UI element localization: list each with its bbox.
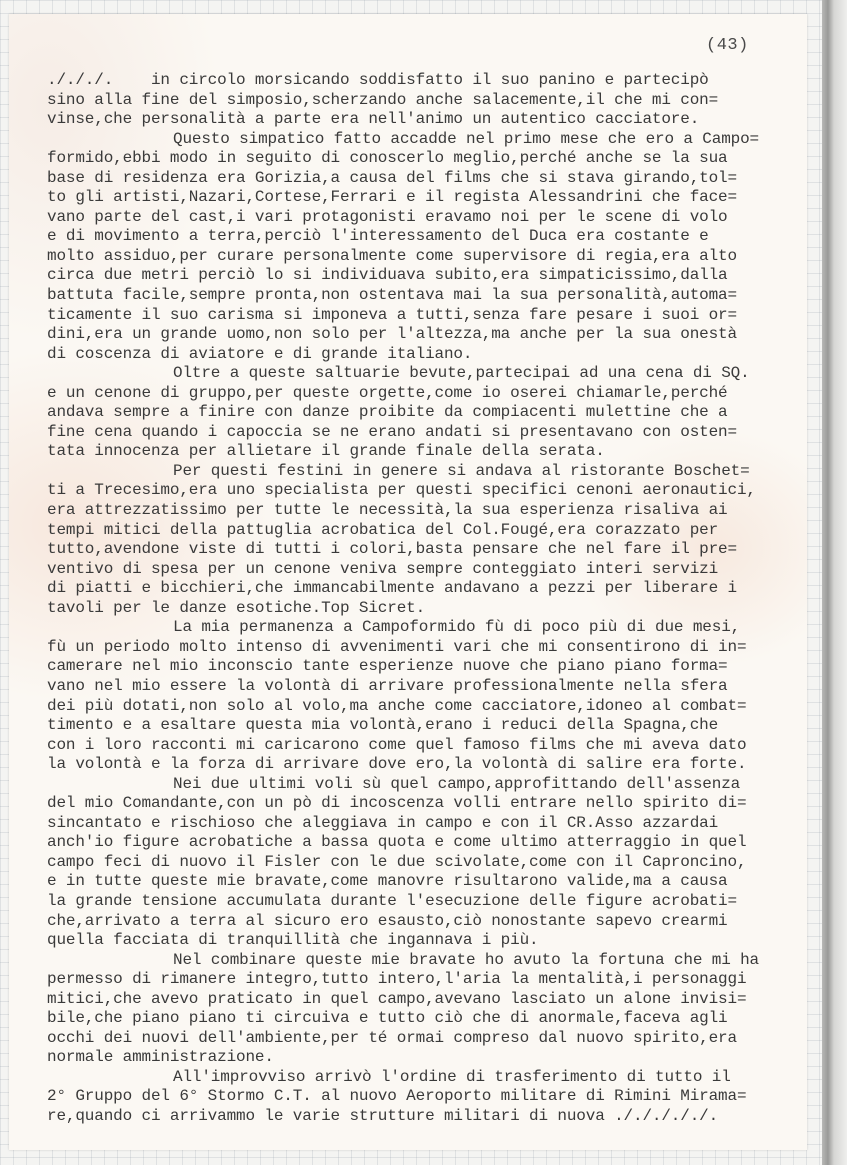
text-line: bile,che piano piano ti circuiva e tutto…: [47, 1009, 817, 1029]
text-line: andava sempre a finire con danze proibit…: [47, 403, 817, 423]
text-line: la volontà e la forza di arrivare dove e…: [47, 755, 817, 775]
text-line: tutto,avendone viste di tutti i colori,b…: [47, 540, 817, 560]
text-line: sino alla fine del simposio,scherzando a…: [47, 91, 817, 111]
text-line: e un cenone di gruppo,per queste orgette…: [47, 384, 817, 404]
text-line: vinse,che personalità a parte era nell'a…: [47, 110, 817, 130]
text-line: formido,ebbi modo in seguito di conoscer…: [47, 149, 817, 169]
text-line: con i loro racconti mi caricarono come q…: [47, 736, 817, 756]
text-line: anch'io figure acrobatiche a bassa quota…: [47, 833, 817, 853]
typewritten-page: (43) ./././. in circolo morsicando soddi…: [9, 14, 807, 1150]
text-line: base di residenza era Gorizia,a causa de…: [47, 169, 817, 189]
page-number: (43): [706, 36, 749, 55]
text-line: era attrezzatissimo per tutte le necessi…: [47, 501, 817, 521]
text-line: ventivo di spesa per un cenone veniva se…: [47, 560, 817, 580]
text-line: to gli artisti,Nazari,Cortese,Ferrari e …: [47, 188, 817, 208]
text-line: dei più dotati,non solo al volo,ma anche…: [47, 697, 817, 717]
text-line: e di movimento a terra,perciò l'interess…: [47, 227, 817, 247]
text-line: di piatti e bicchieri,che immancabilment…: [47, 579, 817, 599]
text-line: tavoli per le danze esotiche.Top Sicret.: [47, 599, 817, 619]
text-line: dini,era un grande uomo,non solo per l'a…: [47, 325, 817, 345]
text-line: vano nel mio essere la volontà di arriva…: [47, 677, 817, 697]
text-line: 2° Gruppo del 6° Stormo C.T. al nuovo Ae…: [47, 1087, 817, 1107]
text-line: di coscenza di aviatore e di grande ital…: [47, 345, 817, 365]
text-line: la grande tensione accumulata durante l'…: [47, 892, 817, 912]
text-line: tata innocenza per allietare il grande f…: [47, 442, 817, 462]
text-line: circa due metri perciò lo si individuava…: [47, 266, 817, 286]
text-line: ticamente il suo carisma si imponeva a t…: [47, 306, 817, 326]
paragraph-first-line: La mia permanenza a Campoformido fù di p…: [47, 618, 817, 638]
text-line: molto assiduo,per curare personalmente c…: [47, 247, 817, 267]
text-line: tempi mitici della pattuglia acrobatica …: [47, 521, 817, 541]
text-line: occhi dei nuovi dell'ambiente,per té orm…: [47, 1029, 817, 1049]
paragraph-first-line: Questo simpatico fatto accadde nel primo…: [47, 130, 817, 150]
text-line: del mio Comandante,con un pò di incoscen…: [47, 794, 817, 814]
text-line: campo feci di nuovo il Fisler con le due…: [47, 853, 817, 873]
typed-text-body: ./././. in circolo morsicando soddisfatt…: [47, 71, 817, 1127]
text-line: fine cena quando i capoccia se ne erano …: [47, 423, 817, 443]
text-line: quella facciata di tranquillità che inga…: [47, 931, 817, 951]
paragraph-first-line: Oltre a queste saltuarie bevute,partecip…: [47, 364, 817, 384]
text-line: fù un periodo molto intenso di avvenimen…: [47, 638, 817, 658]
text-line: che,arrivato a terra al sicuro ero esaus…: [47, 912, 817, 932]
text-line: battuta facile,sempre pronta,non ostenta…: [47, 286, 817, 306]
text-line: re,quando ci arrivammo le varie struttur…: [47, 1107, 817, 1127]
text-line: ./././. in circolo morsicando soddisfatt…: [47, 71, 817, 91]
paragraph-first-line: All'improvviso arrivò l'ordine di trasfe…: [47, 1068, 817, 1088]
text-line: vano parte del cast,i vari protagonisti …: [47, 208, 817, 228]
paragraph-first-line: Nel combinare queste mie bravate ho avut…: [47, 951, 817, 971]
paragraph-first-line: Nei due ultimi voli sù quel campo,approf…: [47, 775, 817, 795]
text-line: sincantato e rischioso che aleggiava in …: [47, 814, 817, 834]
text-line: permesso di rimanere integro,tutto inter…: [47, 970, 817, 990]
binder-edge: [822, 0, 847, 1165]
text-line: ti a Trecesimo,era uno specialista per q…: [47, 481, 817, 501]
text-line: mitici,che avevo praticato in quel campo…: [47, 990, 817, 1010]
text-line: timento e a esaltare questa mia volontà,…: [47, 716, 817, 736]
text-line: camerare nel mio inconscio tante esperie…: [47, 657, 817, 677]
paragraph-first-line: Per questi festini in genere si andava a…: [47, 462, 817, 482]
text-line: normale amministrazione.: [47, 1048, 817, 1068]
text-line: e in tutte queste mie bravate,come manov…: [47, 872, 817, 892]
